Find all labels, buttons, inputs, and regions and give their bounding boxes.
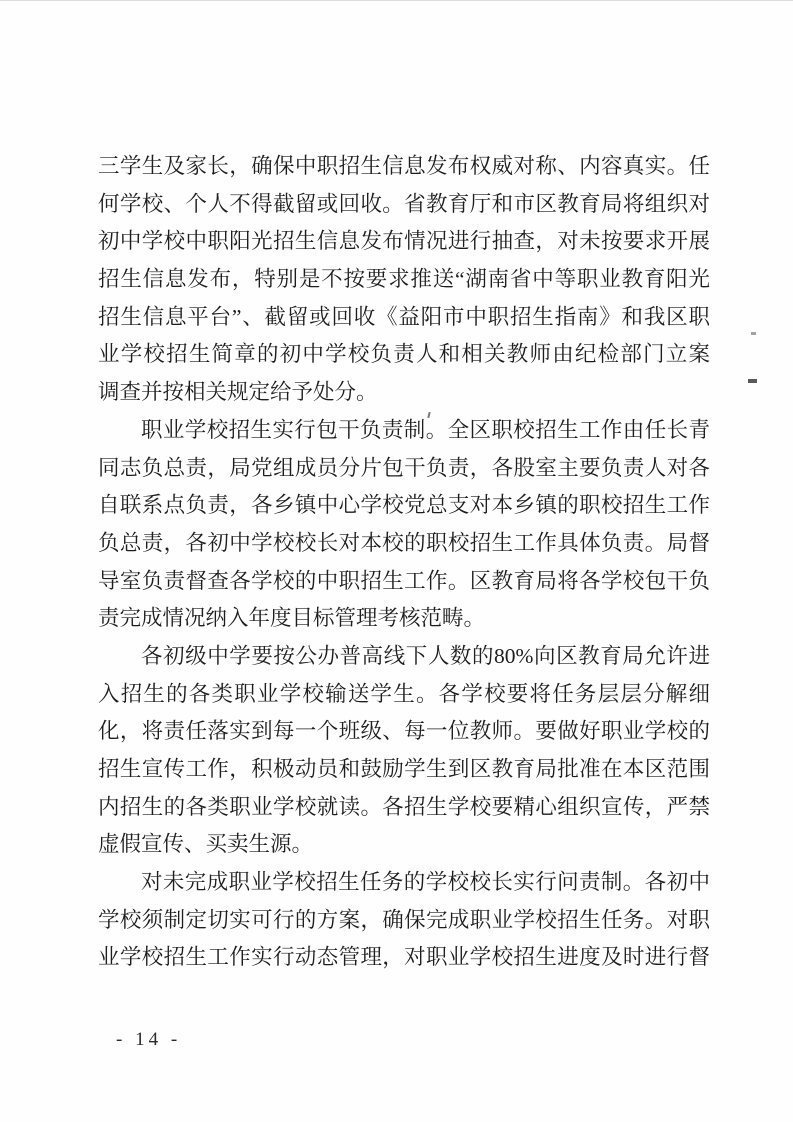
text-line: 业学校招生工作实行动态管理，对职业学校招生进度及时进行督 bbox=[98, 939, 710, 977]
text-line: 招生信息发布，特别是不按要求推送“湖南省中等职业教育阳光 bbox=[98, 261, 710, 299]
document-body-text: 三学生及家长，确保中职招生信息发布权威对称、内容真实。任何学校、个人不得截留或回… bbox=[98, 148, 710, 977]
text-line: 职业学校招生实行包干负责制。全区职校招生工作由任长青 bbox=[98, 412, 710, 450]
scan-speck bbox=[751, 332, 756, 335]
text-line: 虚假宣传、买卖生源。 bbox=[98, 826, 710, 864]
page-number: - 14 - bbox=[116, 1029, 181, 1051]
text-line: 自联系点负责，各乡镇中心学校党总支对本乡镇的职校招生工作 bbox=[98, 487, 710, 525]
text-line: 导室负责督查各学校的中职招生工作。区教育局将各学校包干负 bbox=[98, 563, 710, 601]
text-line: 责完成情况纳入年度目标管理考核范畴。 bbox=[98, 600, 710, 638]
text-line: 同志负总责，局党组成员分片包干负责，各股室主要负责人对各 bbox=[98, 450, 710, 488]
text-line: 各初级中学要按公办普高线下人数的80%向区教育局允许进 bbox=[98, 638, 710, 676]
text-line: 内招生的各类职业学校就读。各招生学校要精心组织宣传，严禁 bbox=[98, 789, 710, 827]
text-line: 招生宣传工作，积极动员和鼓励学生到区教育局批准在本区范围 bbox=[98, 751, 710, 789]
text-line: 负总责，各初中学校校长对本校的职校招生工作具体负责。局督 bbox=[98, 525, 710, 563]
text-line: 调查并按相关规定给予处分。 bbox=[98, 374, 710, 412]
text-line: 三学生及家长，确保中职招生信息发布权威对称、内容真实。任 bbox=[98, 148, 710, 186]
document-page: 三学生及家长，确保中职招生信息发布权威对称、内容真实。任何学校、个人不得截留或回… bbox=[0, 0, 793, 1122]
text-line: 入招生的各类职业学校输送学生。各学校要将任务层层分解细 bbox=[98, 676, 710, 714]
text-line: 何学校、个人不得截留或回收。省教育厅和市区教育局将组织对 bbox=[98, 186, 710, 224]
text-line: 对未完成职业学校招生任务的学校校长实行问责制。各初中 bbox=[98, 864, 710, 902]
scan-speck bbox=[748, 379, 757, 383]
text-line: 招生信息平台”、截留或回收《益阳市中职招生指南》和我区职 bbox=[98, 299, 710, 337]
text-line: 化，将责任落实到每一个班级、每一位教师。要做好职业学校的 bbox=[98, 713, 710, 751]
text-line: 业学校招生简章的初中学校负责人和相关教师由纪检部门立案 bbox=[98, 336, 710, 374]
text-line: 学校须制定切实可行的方案，确保完成职业学校招生任务。对职 bbox=[98, 902, 710, 940]
text-line: 初中学校中职阳光招生信息发布情况进行抽查，对未按要求开展 bbox=[98, 223, 710, 261]
scan-edge-line bbox=[0, 0, 793, 1]
